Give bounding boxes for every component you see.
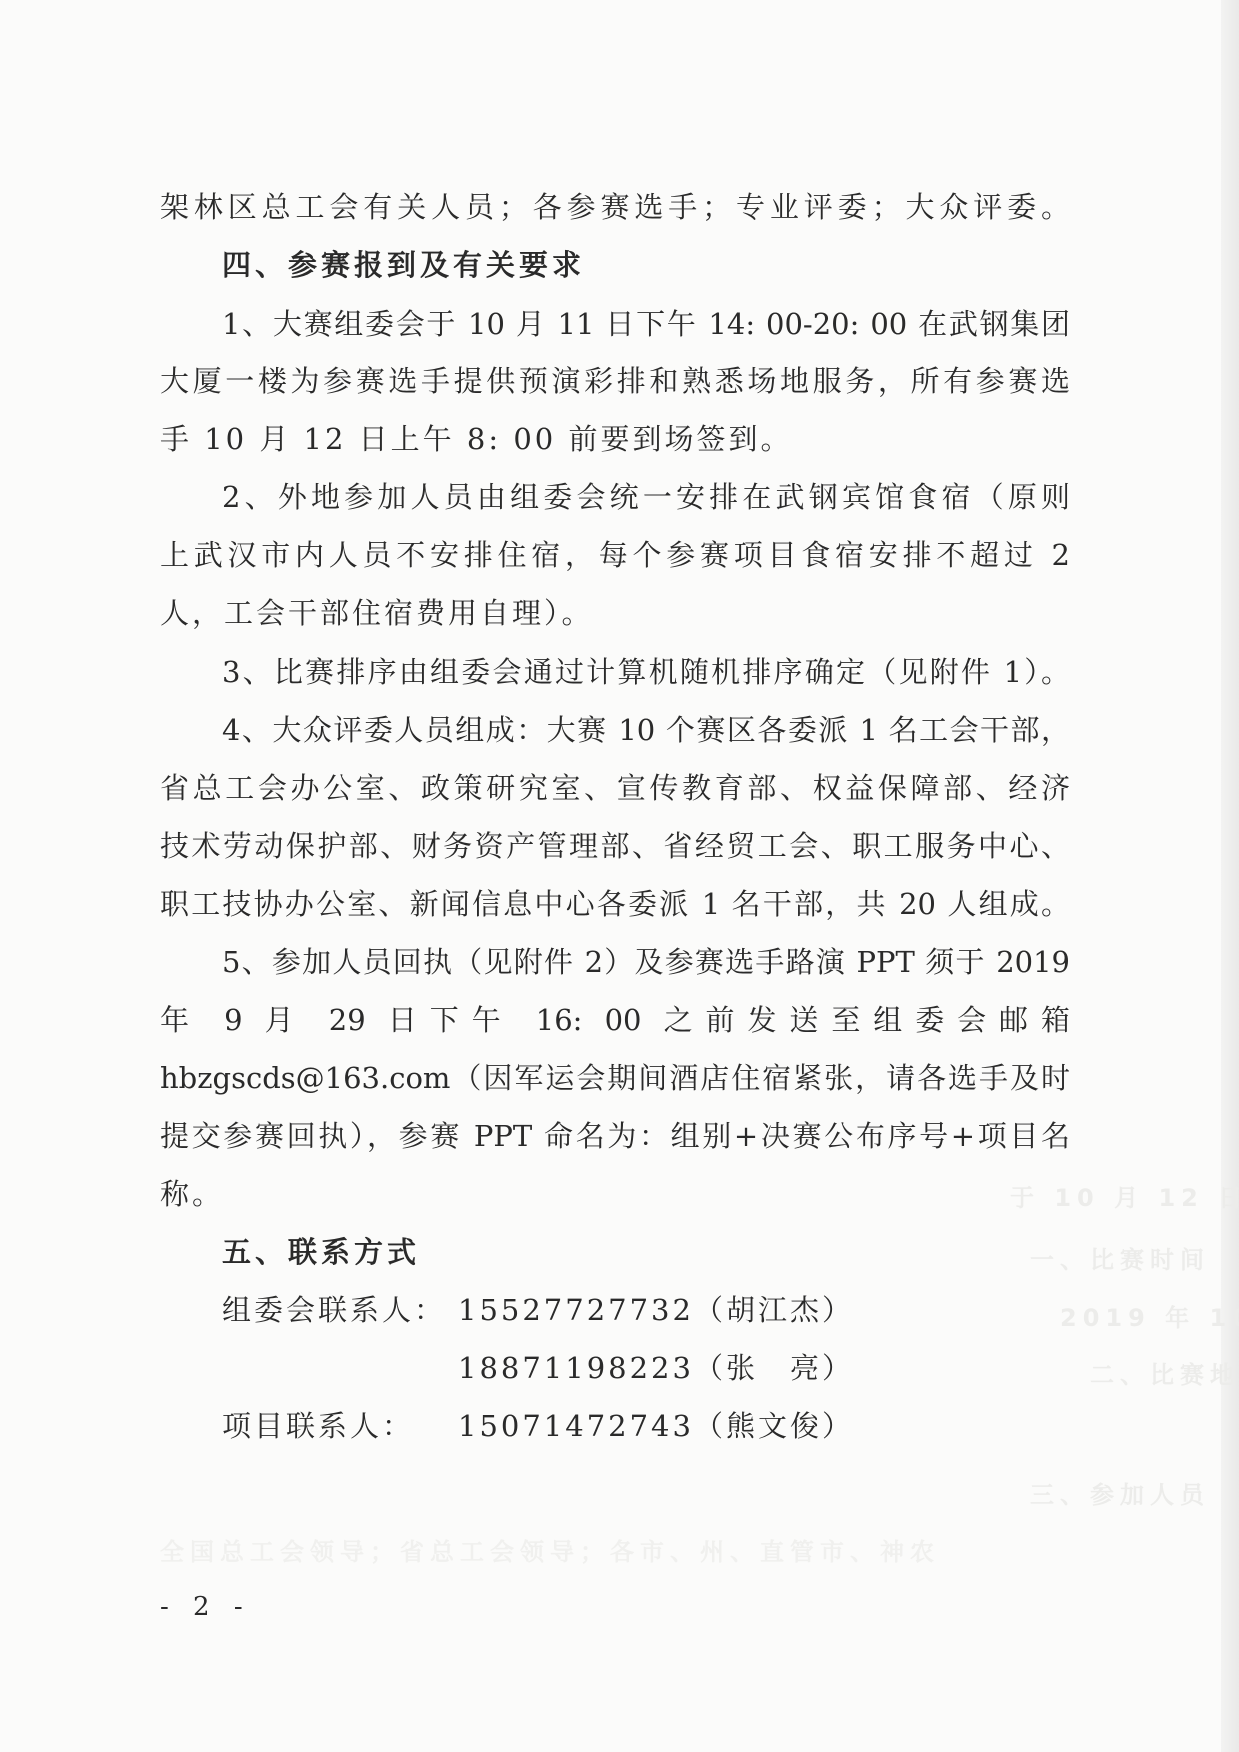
contact-row: 组委会联系人： 15527727732（胡江杰） xyxy=(0,1290,1239,1330)
organizer-contact-label: 组委会联系人： xyxy=(222,1290,446,1330)
paragraph-line: 2、外地参加人员由组委会统一安排在武钢宾馆食宿（原则 xyxy=(222,477,1070,517)
page-number: - 2 - xyxy=(160,1592,251,1622)
paragraph-line: 年 9 月 29 日下午 16: 00 之前发送至组委会邮箱 xyxy=(160,1000,1070,1040)
paragraph-line: 提交参赛回执），参赛 PPT 命名为：组别+决赛公布序号+项目名 xyxy=(160,1116,1070,1156)
paragraph-line: hbzgscds@163.com（因军运会期间酒店住宿紧张，请各选手及时 xyxy=(160,1058,1070,1098)
show-through-text: 三、参加人员 xyxy=(1030,1475,1210,1510)
section-heading-4: 四、参赛报到及有关要求 xyxy=(222,245,1070,285)
project-contact-phone: 15071472743（熊文俊） xyxy=(458,1406,854,1446)
paragraph-line: 上武汉市内人员不安排住宿，每个参赛项目食宿安排不超过 2 xyxy=(160,535,1070,575)
paragraph-line: 大厦一楼为参赛选手提供预演彩排和熟悉场地服务，所有参赛选 xyxy=(160,361,1070,401)
project-contact-label: 项目联系人： xyxy=(222,1406,414,1446)
paragraph-line: 4、大众评委人员组成：大赛 10 个赛区各委派 1 名工会干部， xyxy=(222,710,1070,750)
paragraph-line: 技术劳动保护部、财务资产管理部、省经贸工会、职工服务中心、 xyxy=(160,826,1070,866)
paragraph-line: 5、参加人员回执（见附件 2）及参赛选手路演 PPT 须于 2019 xyxy=(222,942,1070,982)
section-heading-5: 五、联系方式 xyxy=(222,1232,1070,1272)
paragraph-line: 称。 xyxy=(160,1174,1070,1214)
organizer-contact-phone: 15527727732（胡江杰） xyxy=(458,1290,854,1330)
paragraph-line: 架林区总工会有关人员；各参赛选手；专业评委；大众评委。 xyxy=(160,187,1070,227)
page-edge-shadow xyxy=(1221,0,1239,1752)
show-through-text: 全国总工会领导；省总工会领导；各市、州、直管市、神农 xyxy=(160,1532,940,1567)
paragraph-line: 职工技协办公室、新闻信息中心各委派 1 名干部，共 20 人组成。 xyxy=(160,884,1070,924)
organizer-contact-phone: 18871198223（张 亮） xyxy=(458,1348,854,1388)
paragraph-line: 1、大赛组委会于 10 月 11 日下午 14: 00-20: 00 在武钢集团 xyxy=(222,304,1070,344)
paragraph-line: 人，工会干部住宿费用自理）。 xyxy=(160,593,1070,633)
contact-row: 18871198223（张 亮） xyxy=(0,1348,1239,1388)
paragraph-line: 手 10 月 12 日上午 8: 00 前要到场签到。 xyxy=(160,419,1070,459)
paragraph-line: 3、比赛排序由组委会通过计算机随机排序确定（见附件 1）。 xyxy=(222,652,1070,692)
contact-row: 项目联系人： 15071472743（熊文俊） xyxy=(0,1406,1239,1446)
paragraph-line: 省总工会办公室、政策研究室、宣传教育部、权益保障部、经济 xyxy=(160,768,1070,808)
